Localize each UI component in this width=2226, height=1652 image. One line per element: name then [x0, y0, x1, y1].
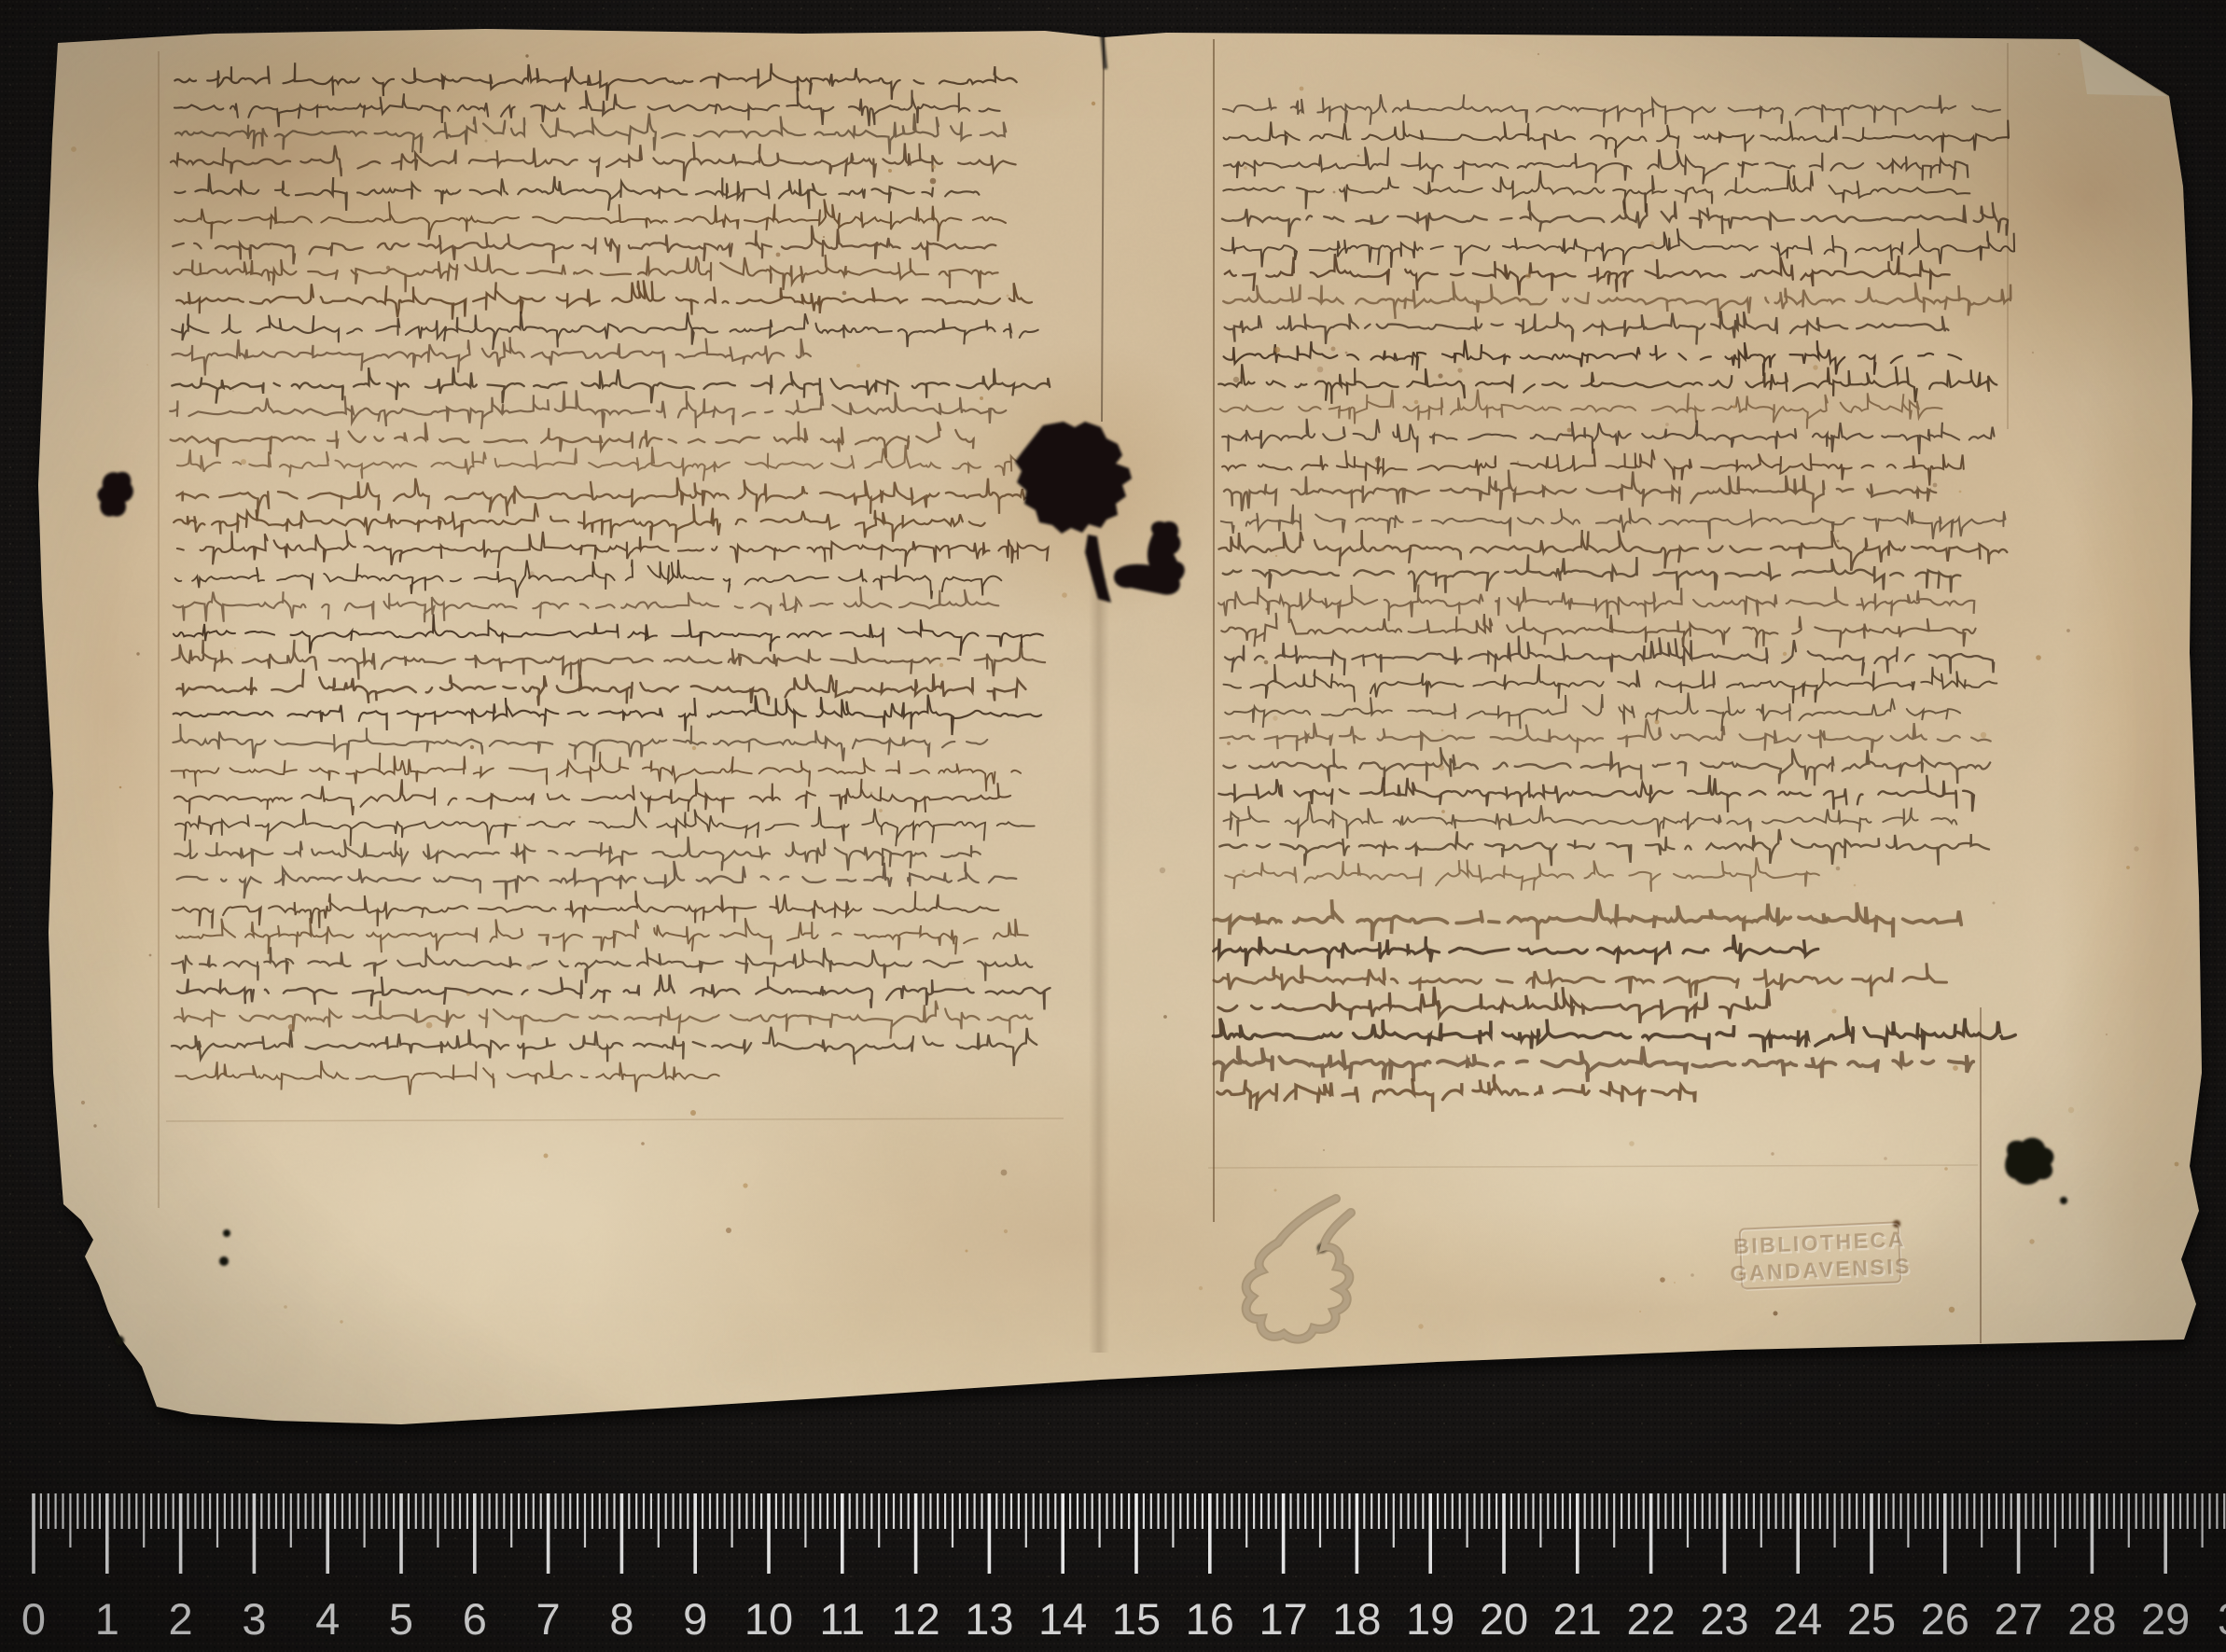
manuscript-scan: BIBLIOTHECA BIBLIOTHECA GANDAVENSIS GAND…: [0, 0, 2226, 1652]
photo-vignette: [0, 0, 2226, 1652]
photo-stage: BIBLIOTHECA BIBLIOTHECA GANDAVENSIS GAND…: [0, 0, 2226, 1652]
